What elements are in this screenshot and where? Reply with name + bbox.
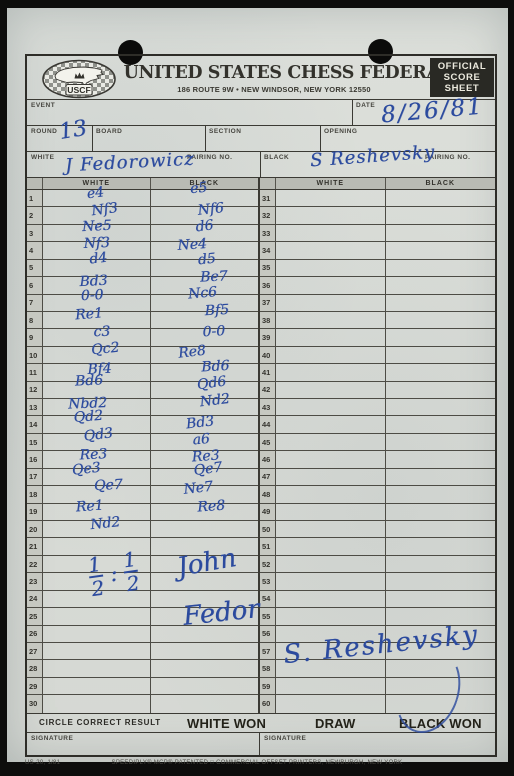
move-cell-black [151, 695, 259, 712]
move-row: 50 [260, 521, 495, 538]
move-row: 18Qe7Ne7 [27, 486, 258, 503]
move-number: 37 [260, 295, 276, 311]
move-row: 22 [27, 556, 258, 573]
move-cell-black [386, 451, 496, 467]
move-cell-black [386, 364, 496, 380]
badge-line: OFFICIAL [438, 61, 487, 72]
move-cell-black: a6 [151, 434, 259, 450]
move-cell-white [276, 260, 386, 276]
scanned-scoresheet-page: { "colors": { "paper": "#dcdfda", "ink_b… [0, 0, 514, 776]
move-cell-white [43, 678, 151, 694]
white-player-label: WHITE [31, 154, 54, 161]
move-row: 3Ne5d6 [27, 225, 258, 242]
move-cell-black: Re8 [151, 347, 259, 363]
move-cell-white: Bd3 [43, 277, 151, 293]
move-row: 6Bd3Be7 [27, 277, 258, 294]
move-cell-white [43, 591, 151, 607]
move-cell-black [386, 538, 496, 554]
divider [92, 126, 93, 151]
move-cell-black: Re3 [151, 451, 259, 467]
move-cell-white: d4 [43, 260, 151, 276]
move-cell-white: Nf3 [43, 242, 151, 258]
move-cell-white [276, 382, 386, 398]
move-row: 58 [260, 660, 495, 677]
move-row: 44 [260, 416, 495, 433]
move-number: 46 [260, 451, 276, 467]
move-number: 18 [27, 486, 43, 502]
move-cell-white: c3 [43, 329, 151, 345]
move-row: 31 [260, 190, 495, 207]
move-row: 20Nd2 [27, 521, 258, 538]
move-number: 31 [260, 190, 276, 206]
move-number: 20 [27, 521, 43, 537]
move-row: 29 [27, 678, 258, 695]
move-number: 45 [260, 434, 276, 450]
move-cell-black [386, 678, 496, 694]
move-row: 25 [27, 608, 258, 625]
move-number: 9 [27, 329, 43, 345]
move-row: 54 [260, 591, 495, 608]
players-row: WHITE PAIRING NO. BLACK PAIRING NO. [27, 152, 495, 178]
move-cell-black [151, 626, 259, 642]
number-column-header [27, 178, 43, 189]
move-cell-white [276, 521, 386, 537]
move-cell-white [276, 347, 386, 363]
move-row: 41 [260, 364, 495, 381]
move-row: 30 [27, 695, 258, 712]
badge-line: SHEET [445, 83, 480, 94]
pairing-no-label: PAIRING NO. [187, 154, 232, 161]
white-won-option: WHITE WON [187, 716, 266, 731]
move-number: 22 [27, 556, 43, 572]
move-cell-black: Qe7 [151, 469, 259, 485]
move-row: 48 [260, 486, 495, 503]
move-row: 5d4d5 [27, 260, 258, 277]
move-number: 1 [27, 190, 43, 206]
right-column-headers: WHITE BLACK [260, 178, 495, 189]
move-cell-white [43, 538, 151, 554]
score-sheet-paper: USCF UNITED STATES CHESS FEDERATION 186 … [7, 8, 508, 762]
move-cell-white [276, 242, 386, 258]
move-row: 10Qc2Re8 [27, 347, 258, 364]
move-number: 51 [260, 538, 276, 554]
move-cell-black [386, 190, 496, 206]
move-cell-black: Qd6 [151, 382, 259, 398]
move-cell-black [151, 643, 259, 659]
move-row: 12Bd6Qd6 [27, 382, 258, 399]
divider [352, 100, 353, 125]
move-row: 2Nf3Nf6 [27, 207, 258, 224]
move-number: 52 [260, 556, 276, 572]
move-cell-white: Qd2 [43, 416, 151, 432]
move-number: 50 [260, 521, 276, 537]
move-cell-black: Bd6 [151, 364, 259, 380]
move-cell-black [386, 260, 496, 276]
move-number: 19 [27, 504, 43, 520]
move-row: 17Qe3Qe7 [27, 469, 258, 486]
move-number: 27 [27, 643, 43, 659]
move-cell-white [43, 660, 151, 676]
move-number: 59 [260, 678, 276, 694]
move-number: 7 [27, 295, 43, 311]
move-cell-white [276, 225, 386, 241]
move-row: 9c30-0 [27, 329, 258, 346]
round-label: ROUND [31, 128, 57, 135]
move-cell-black [151, 538, 259, 554]
round-row: ROUND BOARD SECTION OPENING [27, 126, 495, 152]
move-number: 25 [27, 608, 43, 624]
org-title: UNITED STATES CHESS FEDERATION [124, 62, 425, 83]
move-cell-black: Ne7 [151, 486, 259, 502]
move-cell-white: Nf3 [43, 207, 151, 223]
move-row: 27 [27, 643, 258, 660]
move-row: 35 [260, 260, 495, 277]
move-number: 44 [260, 416, 276, 432]
move-row: 70-0Nc6 [27, 295, 258, 312]
move-cell-black [386, 643, 496, 659]
black-column-header: BLACK [386, 178, 496, 189]
move-row: 8Re1Bf5 [27, 312, 258, 329]
move-cell-white [276, 626, 386, 642]
moves-block-left: 1e4e52Nf3Nf63Ne5d64Nf3Ne45d4d56Bd3Be770-… [27, 190, 260, 713]
move-cell-black: Bd3 [151, 416, 259, 432]
move-cell-white [276, 451, 386, 467]
move-row: 37 [260, 295, 495, 312]
move-row: 14Qd2Bd3 [27, 416, 258, 433]
number-column-header [260, 178, 276, 189]
move-cell-white [276, 364, 386, 380]
move-number: 16 [27, 451, 43, 467]
move-number: 6 [27, 277, 43, 293]
move-number: 55 [260, 608, 276, 624]
move-row: 49 [260, 504, 495, 521]
move-number: 33 [260, 225, 276, 241]
move-number: 48 [260, 486, 276, 502]
move-number: 41 [260, 364, 276, 380]
opening-label: OPENING [324, 128, 357, 135]
move-row: 16Re3Re3 [27, 451, 258, 468]
moves-grid: 1e4e52Nf3Nf63Ne5d64Nf3Ne45d4d56Bd3Be770-… [27, 190, 495, 713]
move-cell-white [276, 416, 386, 432]
move-number: 56 [260, 626, 276, 642]
circle-correct-result-label: CIRCLE CORRECT RESULT [39, 718, 161, 727]
move-cell-white [276, 434, 386, 450]
move-number: 15 [27, 434, 43, 450]
move-cell-black [386, 434, 496, 450]
move-row: 15Qd3a6 [27, 434, 258, 451]
move-cell-white: Re1 [43, 312, 151, 328]
draw-option: DRAW [315, 716, 356, 731]
move-cell-white: Ne5 [43, 225, 151, 241]
handwritten-move: Bd3 [185, 413, 215, 432]
move-cell-white [276, 608, 386, 624]
move-cell-white [43, 643, 151, 659]
logo-text: USCF [67, 85, 90, 95]
move-number: 42 [260, 382, 276, 398]
move-row: 57 [260, 643, 495, 660]
move-cell-white: Re3 [43, 451, 151, 467]
move-number: 10 [27, 347, 43, 363]
move-cell-black: e5 [151, 190, 259, 206]
event-date-row: EVENT DATE [27, 100, 495, 126]
move-number: 12 [27, 382, 43, 398]
move-cell-black [386, 312, 496, 328]
move-cell-white [43, 573, 151, 589]
move-number: 34 [260, 242, 276, 258]
move-cell-white: Qc2 [43, 347, 151, 363]
date-label: DATE [356, 102, 375, 109]
move-number: 39 [260, 329, 276, 345]
move-cell-white: Qd3 [43, 434, 151, 450]
signature-row: SIGNATURE SIGNATURE [27, 733, 495, 755]
white-column-header: WHITE [276, 178, 386, 189]
move-cell-black [151, 678, 259, 694]
move-cell-black [386, 626, 496, 642]
move-cell-black [386, 382, 496, 398]
move-cell-black: d5 [151, 260, 259, 276]
move-cell-white [43, 626, 151, 642]
move-row: 46 [260, 451, 495, 468]
org-address: 186 ROUTE 9W • NEW WINDSOR, NEW YORK 125… [119, 85, 429, 94]
move-cell-black [151, 573, 259, 589]
move-cell-white [276, 295, 386, 311]
result-bar: CIRCLE CORRECT RESULT WHITE WON DRAW BLA… [27, 713, 495, 733]
form-code: US-20, 1/81 [25, 760, 60, 766]
move-row: 40 [260, 347, 495, 364]
move-cell-white [276, 573, 386, 589]
move-number: 13 [27, 399, 43, 415]
move-cell-white: e4 [43, 190, 151, 206]
move-number: 53 [260, 573, 276, 589]
move-cell-black [386, 660, 496, 676]
move-number: 60 [260, 695, 276, 712]
move-number: 28 [27, 660, 43, 676]
move-cell-black [386, 207, 496, 223]
move-number: 38 [260, 312, 276, 328]
move-row: 26 [27, 626, 258, 643]
move-cell-white [276, 277, 386, 293]
move-cell-black: 0-0 [151, 329, 259, 345]
move-cell-black: Nc6 [151, 295, 259, 311]
move-cell-white: Qe7 [43, 486, 151, 502]
move-cell-black [386, 608, 496, 624]
move-cell-black: d6 [151, 225, 259, 241]
white-column-header: WHITE [43, 178, 151, 189]
move-cell-white [276, 660, 386, 676]
move-number: 8 [27, 312, 43, 328]
move-row: 43 [260, 399, 495, 416]
move-row: 52 [260, 556, 495, 573]
move-number: 40 [260, 347, 276, 363]
signature-label: SIGNATURE [31, 735, 73, 742]
move-cell-white [276, 504, 386, 520]
move-row: 53 [260, 573, 495, 590]
move-row: 32 [260, 207, 495, 224]
move-row: 42 [260, 382, 495, 399]
black-column-header: BLACK [151, 178, 259, 189]
move-row: 38 [260, 312, 495, 329]
move-cell-black [151, 521, 259, 537]
move-number: 26 [27, 626, 43, 642]
move-row: 59 [260, 678, 495, 695]
move-row: 21 [27, 538, 258, 555]
black-player-label: BLACK [264, 154, 289, 161]
move-cell-black [386, 329, 496, 345]
move-number: 32 [260, 207, 276, 223]
move-cell-black [386, 277, 496, 293]
move-number: 4 [27, 242, 43, 258]
move-cell-black [386, 521, 496, 537]
move-number: 5 [27, 260, 43, 276]
move-number: 29 [27, 678, 43, 694]
move-cell-black [386, 591, 496, 607]
left-column-headers: WHITE BLACK [27, 178, 260, 189]
sheet-frame: USCF UNITED STATES CHESS FEDERATION 186 … [25, 54, 497, 757]
move-row: 28 [27, 660, 258, 677]
move-column-headers: WHITE BLACK WHITE BLACK [27, 178, 495, 190]
move-cell-black [386, 573, 496, 589]
move-number: 24 [27, 591, 43, 607]
section-label: SECTION [209, 128, 241, 135]
move-cell-black [386, 416, 496, 432]
move-number: 2 [27, 207, 43, 223]
move-cell-black: Nf6 [151, 207, 259, 223]
move-number: 58 [260, 660, 276, 676]
move-cell-white: Nd2 [43, 521, 151, 537]
move-cell-black: Bf5 [151, 312, 259, 328]
move-row: 55 [260, 608, 495, 625]
move-number: 23 [27, 573, 43, 589]
masthead: USCF UNITED STATES CHESS FEDERATION 186 … [27, 56, 495, 100]
move-cell-white: Bf4 [43, 364, 151, 380]
move-row: 11Bf4Bd6 [27, 364, 258, 381]
move-row: 56 [260, 626, 495, 643]
move-cell-white [276, 190, 386, 206]
move-row: 23 [27, 573, 258, 590]
move-number: 3 [27, 225, 43, 241]
move-cell-white [43, 608, 151, 624]
signature-label: SIGNATURE [264, 735, 306, 742]
move-cell-white [276, 591, 386, 607]
move-cell-white: Nbd2 [43, 399, 151, 415]
move-row: 51 [260, 538, 495, 555]
badge-line: SCORE [444, 72, 481, 83]
move-cell-white [43, 556, 151, 572]
move-cell-white [276, 538, 386, 554]
move-row: 60 [260, 695, 495, 712]
move-cell-white [276, 329, 386, 345]
move-row: 33 [260, 225, 495, 242]
move-cell-white: 0-0 [43, 295, 151, 311]
move-cell-white [276, 207, 386, 223]
move-number: 47 [260, 469, 276, 485]
move-cell-black [386, 695, 496, 712]
signature-box-white: SIGNATURE [27, 733, 260, 755]
uscf-logo-icon: USCF [41, 59, 117, 99]
move-cell-white: Qe3 [43, 469, 151, 485]
handwritten-move: Bf4 [87, 361, 112, 378]
move-cell-black [386, 295, 496, 311]
move-cell-white [276, 556, 386, 572]
move-row: 19Re1Re8 [27, 504, 258, 521]
move-cell-white [276, 643, 386, 659]
move-number: 43 [260, 399, 276, 415]
move-row: 36 [260, 277, 495, 294]
move-cell-black: Be7 [151, 277, 259, 293]
move-number: 49 [260, 504, 276, 520]
move-cell-black [386, 486, 496, 502]
move-cell-black: Nd2 [151, 399, 259, 415]
move-cell-white [276, 678, 386, 694]
move-cell-white [276, 399, 386, 415]
move-cell-black [151, 660, 259, 676]
move-number: 21 [27, 538, 43, 554]
move-cell-white [276, 312, 386, 328]
move-row: 24 [27, 591, 258, 608]
handwritten-move: a6 [192, 431, 211, 448]
move-cell-black [151, 608, 259, 624]
move-cell-white: Bd6 [43, 382, 151, 398]
move-cell-black [386, 399, 496, 415]
move-cell-white: Re1 [43, 504, 151, 520]
printer-credit: SPEEDIPLY® MCP® PATENTED □ COMMERCIAL OF… [107, 760, 407, 766]
move-row: 1e4e5 [27, 190, 258, 207]
move-cell-white [276, 469, 386, 485]
move-number: 30 [27, 695, 43, 712]
black-won-option: BLACK WON [399, 716, 482, 731]
move-cell-black [151, 556, 259, 572]
move-cell-black [386, 556, 496, 572]
move-row: 39 [260, 329, 495, 346]
move-cell-black [386, 242, 496, 258]
move-row: 4Nf3Ne4 [27, 242, 258, 259]
pairing-no-label: PAIRING NO. [425, 154, 470, 161]
official-score-sheet-badge: OFFICIAL SCORE SHEET [430, 58, 494, 97]
move-cell-black [386, 469, 496, 485]
move-cell-black: Ne4 [151, 242, 259, 258]
divider [320, 126, 321, 151]
move-row: 34 [260, 242, 495, 259]
move-number: 35 [260, 260, 276, 276]
move-row: 13Nbd2Nd2 [27, 399, 258, 416]
move-cell-black [151, 591, 259, 607]
signature-box-black: SIGNATURE [260, 733, 495, 755]
move-cell-white [276, 486, 386, 502]
move-number: 14 [27, 416, 43, 432]
move-number: 17 [27, 469, 43, 485]
move-number: 36 [260, 277, 276, 293]
move-cell-black [386, 347, 496, 363]
board-label: BOARD [96, 128, 122, 135]
move-number: 11 [27, 364, 43, 380]
moves-block-right: 3132333435363738394041424344454647484950… [260, 190, 495, 713]
move-row: 45 [260, 434, 495, 451]
move-row: 47 [260, 469, 495, 486]
divider [260, 152, 261, 177]
move-cell-black: Re8 [151, 504, 259, 520]
move-cell-white [276, 695, 386, 712]
move-number: 54 [260, 591, 276, 607]
divider [205, 126, 206, 151]
move-cell-black [386, 504, 496, 520]
move-cell-white [43, 695, 151, 712]
move-number: 57 [260, 643, 276, 659]
move-cell-black [386, 225, 496, 241]
event-label: EVENT [31, 102, 55, 109]
